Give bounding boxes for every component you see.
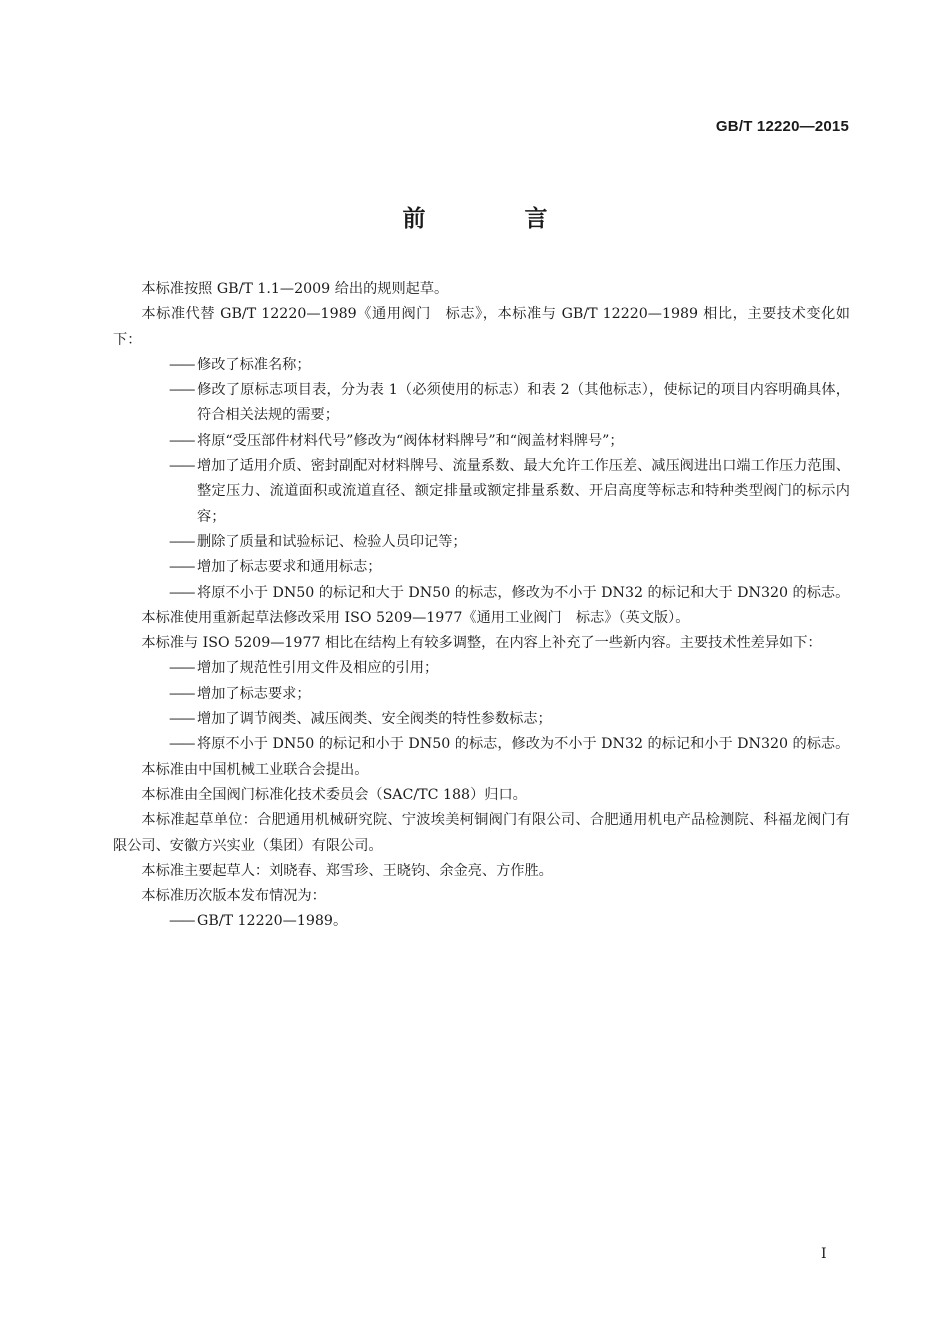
- list-item-text: 将原不小于 DN50 的标记和大于 DN50 的标志，修改为不小于 DN32 的…: [197, 585, 849, 601]
- paragraph: 本标准主要起草人：刘晓春、郑雪珍、王晓钧、余金亮、方作胜。: [113, 859, 850, 884]
- list-item-text: 增加了调节阀类、减压阀类、安全阀类的特性参数标志；: [197, 711, 552, 727]
- dash-marker: ——: [169, 378, 197, 403]
- list-item: ——将原不小于 DN50 的标记和小于 DN50 的标志，修改为不小于 DN32…: [141, 732, 850, 757]
- foreword-body: 本标准按照 GB/T 1.1—2009 给出的规则起草。本标准代替 GB/T 1…: [113, 277, 850, 935]
- paragraph: 本标准代替 GB/T 12220—1989《通用阀门 标志》，本标准与 GB/T…: [113, 302, 850, 353]
- list-item: ——增加了标志要求；: [141, 682, 850, 707]
- list-item-text: 将原“受压部件材料代号”修改为“阀体材料牌号”和“阀盖材料牌号”；: [197, 433, 624, 449]
- list-item: ——增加了调节阀类、减压阀类、安全阀类的特性参数标志；: [141, 707, 850, 732]
- list-item: ——将原不小于 DN50 的标记和大于 DN50 的标志，修改为不小于 DN32…: [141, 581, 850, 606]
- dash-marker: ——: [169, 682, 197, 707]
- list-item-text: 增加了标志要求和通用标志；: [197, 559, 381, 575]
- list-item-text: GB/T 12220—1989。: [197, 913, 347, 929]
- dash-marker: ——: [169, 909, 197, 934]
- list-item: ——修改了原标志项目表，分为表 1（必须使用的标志）和表 2（其他标志），使标记…: [141, 378, 850, 429]
- paragraph: 本标准起草单位：合肥通用机械研究院、宁波埃美柯铜阀门有限公司、合肥通用机电产品检…: [113, 808, 850, 859]
- dash-marker: ——: [169, 555, 197, 580]
- list-item-text: 增加了规范性引用文件及相应的引用；: [197, 660, 438, 676]
- page-number: I: [821, 1246, 827, 1262]
- list-item: ——删除了质量和试验标记、检验人员印记等；: [141, 530, 850, 555]
- paragraph: 本标准使用重新起草法修改采用 ISO 5209—1977《通用工业阀门 标志》（…: [113, 606, 850, 631]
- dash-marker: ——: [169, 530, 197, 555]
- list-item-text: 增加了标志要求；: [197, 686, 311, 702]
- list-item: ——GB/T 12220—1989。: [141, 909, 850, 934]
- list-item: ——将原“受压部件材料代号”修改为“阀体材料牌号”和“阀盖材料牌号”；: [141, 429, 850, 454]
- dash-marker: ——: [169, 581, 197, 606]
- dash-marker: ——: [169, 707, 197, 732]
- list-item: ——增加了规范性引用文件及相应的引用；: [141, 656, 850, 681]
- paragraph: 本标准由中国机械工业联合会提出。: [113, 758, 850, 783]
- standard-code: GB/T 12220—2015: [716, 118, 849, 135]
- list-item-text: 增加了适用介质、密封副配对材料牌号、流量系数、最大允许工作压差、减压阀进出口端工…: [197, 458, 850, 525]
- paragraph: 本标准按照 GB/T 1.1—2009 给出的规则起草。: [113, 277, 850, 302]
- paragraph: 本标准与 ISO 5209—1977 相比在结构上有较多调整，在内容上补充了一些…: [113, 631, 850, 656]
- dash-marker: ——: [169, 656, 197, 681]
- dash-marker: ——: [169, 454, 197, 479]
- paragraph: 本标准历次版本发布情况为：: [113, 884, 850, 909]
- list-item-text: 删除了质量和试验标记、检验人员印记等；: [197, 534, 467, 550]
- paragraph: 本标准由全国阀门标准化技术委员会（SAC/TC 188）归口。: [113, 783, 850, 808]
- dash-marker: ——: [169, 429, 197, 454]
- page-title: 前 言: [0, 200, 950, 233]
- dash-marker: ——: [169, 353, 197, 378]
- list-item-text: 修改了原标志项目表，分为表 1（必须使用的标志）和表 2（其他标志），使标记的项…: [197, 382, 850, 423]
- list-item-text: 修改了标准名称；: [197, 357, 311, 373]
- list-item: ——增加了适用介质、密封副配对材料牌号、流量系数、最大允许工作压差、减压阀进出口…: [141, 454, 850, 530]
- dash-marker: ——: [169, 732, 197, 757]
- list-item-text: 将原不小于 DN50 的标记和小于 DN50 的标志，修改为不小于 DN32 的…: [197, 736, 849, 752]
- list-item: ——修改了标准名称；: [141, 353, 850, 378]
- list-item: ——增加了标志要求和通用标志；: [141, 555, 850, 580]
